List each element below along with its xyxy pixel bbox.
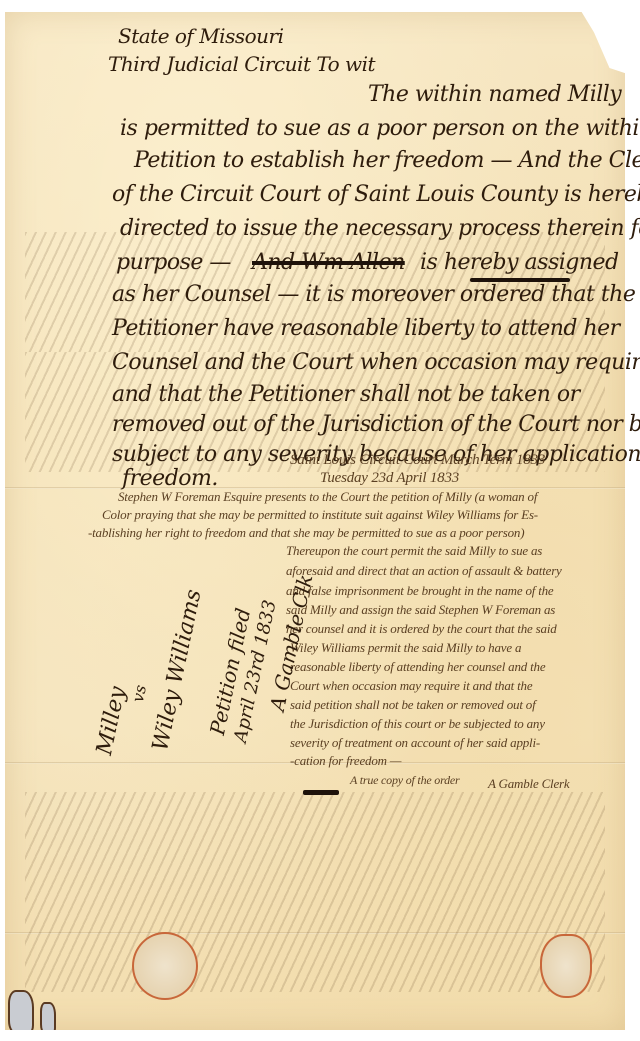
record-line: Stephen W Foreman Esquire presents to th…	[118, 489, 537, 505]
attestation: A true copy of the order	[350, 773, 460, 788]
record-line: the Jurisdiction of this court or be sub…	[290, 716, 545, 732]
record-line: severity of treatment on account of her …	[290, 735, 540, 751]
record-line: -tablishing her right to freedom and tha…	[88, 525, 524, 541]
court-date-header: Tuesday 23d April 1833	[320, 470, 459, 487]
record-line: Wiley Williams permit the said Milly to …	[290, 640, 521, 656]
record-line: Color praying that she may be permitted …	[102, 507, 538, 523]
record-line: Thereupon the court permit the said Mill…	[286, 543, 542, 559]
heading-circuit: Third Judicial Circuit To wit	[108, 52, 375, 76]
ink-blot	[303, 790, 339, 795]
order-line: Petition to establish her freedom — And …	[134, 148, 640, 173]
record-line: said petition shall not be taken or remo…	[290, 697, 536, 713]
ink-bleed-through	[25, 792, 605, 992]
record-line: Court when occasion may require it and t…	[290, 678, 532, 694]
order-line: freedom.	[122, 466, 218, 491]
court-term-header: Saint Louis Circuit Court March Term 183…	[290, 452, 545, 469]
order-line: is hereby assigned	[420, 250, 619, 275]
damage-mark	[40, 1002, 56, 1034]
order-line: Counsel and the Court when occasion may …	[112, 350, 640, 375]
order-line: as her Counsel — it is moreover ordered …	[112, 282, 635, 307]
record-line: and false imprisonment be brought in the…	[286, 583, 554, 599]
order-line: Petitioner have reasonable liberty to at…	[112, 316, 620, 341]
order-line: removed out of the Jurisdiction of the C…	[112, 412, 640, 437]
docket-versus: vs	[128, 683, 150, 704]
clerk-signature: A Gamble Clerk	[488, 776, 569, 792]
struck-out-name: And Wm Allen	[252, 250, 405, 275]
record-line: -cation for freedom —	[290, 753, 401, 769]
record-line: her counsel and it is ordered by the cou…	[286, 621, 557, 637]
record-line: reasonable liberty of attending her coun…	[290, 659, 545, 675]
heading-state: State of Missouri	[118, 24, 283, 48]
damage-mark	[8, 990, 34, 1034]
order-line: purpose —	[116, 250, 231, 275]
record-line: said Milly and assign the said Stephen W…	[286, 602, 555, 618]
order-line: and that the Petitioner shall not be tak…	[112, 382, 580, 407]
wax-seal-stain	[132, 932, 198, 1000]
record-line: aforesaid and direct that an action of a…	[286, 563, 562, 579]
order-line: The within named Milly	[368, 82, 621, 107]
wax-seal-stain	[540, 934, 592, 998]
order-line: is permitted to sue as a poor person on …	[120, 116, 640, 141]
order-line: directed to issue the necessary process …	[120, 216, 640, 241]
order-line: of the Circuit Court of Saint Louis Coun…	[112, 182, 640, 207]
